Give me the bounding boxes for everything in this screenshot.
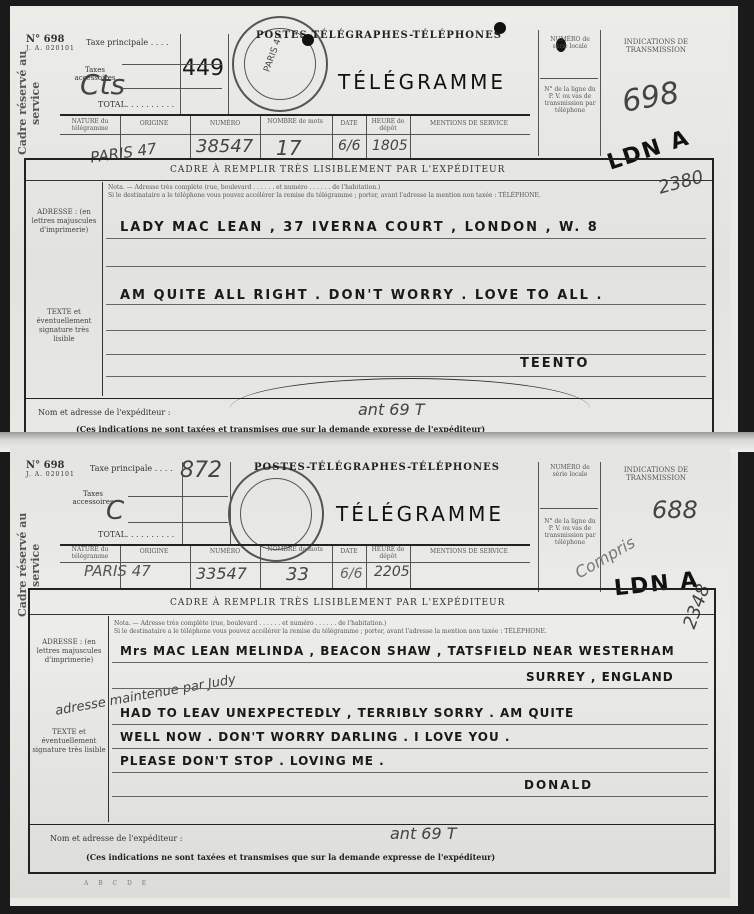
col-mentions-label: MENTIONS DE SERVICE xyxy=(414,120,524,127)
telegramme-title: TÉLÉGRAMME xyxy=(336,502,504,526)
telegramme-title: TÉLÉGRAMME xyxy=(338,70,506,94)
taxe-principale-value: 872 xyxy=(180,458,222,483)
form-number: N° 698J. A. 020101 xyxy=(26,34,75,52)
cadre-instruction: CADRE À REMPLIR TRÈS LISIBLEMENT PAR L'E… xyxy=(170,598,505,608)
col-origine-label: ORIGINE xyxy=(122,120,186,127)
col-date-label: DATE xyxy=(334,120,364,127)
sender-label: Nom et adresse de l'expéditeur : xyxy=(50,834,182,843)
col-heure-label: HEURE de dépôt xyxy=(368,118,408,132)
message-line-2: WELL NOW . DON'T WORRY DARLING . I LOVE … xyxy=(120,730,510,744)
col-heure-label: HEURE de dépôt xyxy=(368,546,408,560)
recipient-address-line-2: SURREY , ENGLAND xyxy=(526,670,674,684)
recipient-address: LADY MAC LEAN , 37 IVERNA COURT , LONDON… xyxy=(120,220,599,235)
date-value: 6/6 xyxy=(338,138,361,154)
footer-code: A B C D E xyxy=(84,880,150,887)
total-label: TOTAL. . . . . . . . . . xyxy=(98,530,174,539)
col-mentions-label: MENTIONS DE SERVICE xyxy=(414,548,524,555)
numero-value: 33547 xyxy=(196,564,247,583)
col-date-label: DATE xyxy=(334,548,364,555)
sender-value: ant 69 T xyxy=(358,400,425,419)
signature: DONALD xyxy=(524,778,593,792)
serie-label: NUMÉRO de série locale xyxy=(542,464,598,478)
ligne-label: N° de la ligne du P. V. ou vas de transm… xyxy=(542,86,598,114)
punch-hole xyxy=(302,34,314,46)
nombre-value: 17 xyxy=(276,136,301,160)
heure-value: 2205 xyxy=(374,564,410,580)
disclaimer: (Ces indications ne sont taxées et trans… xyxy=(86,852,495,862)
nota-line-2: Si le destinataire a le téléphone vous p… xyxy=(108,192,541,200)
total-handwritten-mark: C xyxy=(106,496,124,526)
telegram-form-1: Cadre réservé au service N° 698J. A. 020… xyxy=(10,8,730,438)
telegram-form-2: Cadre réservé au service N° 698J. A. 020… xyxy=(10,448,730,898)
transmission-label: INDICATIONS DE TRANSMISSION xyxy=(606,38,706,54)
transmission-value: 688 xyxy=(652,496,698,524)
col-nature-label: NATURE du télégramme xyxy=(62,118,118,132)
col-nombre-label: NOMBRE de mots xyxy=(262,546,328,553)
postes-header: POSTES-TÉLÉGRAPHES-TÉLÉPHONES xyxy=(254,462,500,473)
ligne-label: N° de la ligne du P. V. ou vas de transm… xyxy=(542,518,598,546)
postes-header: POSTES-TÉLÉGRAPHES-TÉLÉPHONES xyxy=(256,30,502,41)
adresse-label: ADRESSE : (en lettres majuscules d'impri… xyxy=(28,208,100,235)
texte-label: TEXTE et éventuellement signature très l… xyxy=(28,308,100,344)
nota-line-2: Si le destinataire a le téléphone vous p… xyxy=(114,628,547,636)
sender-label: Nom et adresse de l'expéditeur : xyxy=(38,408,170,417)
adresse-label: ADRESSE : (en lettres majuscules d'impri… xyxy=(32,638,106,665)
taxe-principale-value: 449 xyxy=(182,56,224,81)
recipient-address-line-1: Mrs MAC LEAN MELINDA , BEACON SHAW , TAT… xyxy=(120,644,675,658)
transmission-label: INDICATIONS DE TRANSMISSION xyxy=(606,466,706,482)
texte-label: TEXTE et éventuellement signature très l… xyxy=(32,728,106,755)
numero-value: 38547 xyxy=(196,136,253,157)
punch-hole xyxy=(494,22,506,34)
message-line-3: PLEASE DON'T STOP . LOVING ME . xyxy=(120,754,385,768)
col-nature-label: NATURE du télégramme xyxy=(62,546,118,560)
total-handwritten-mark: Cts xyxy=(80,68,125,101)
col-numero-label: NUMÉRO xyxy=(192,120,258,127)
taxe-principale-label: Taxe principale . . . . xyxy=(90,464,173,473)
date-value: 6/6 xyxy=(340,566,363,582)
col-nombre-label: NOMBRE de mots xyxy=(262,118,328,125)
service-side-label: Cadre réservé au service xyxy=(16,38,42,168)
message-text: AM QUITE ALL RIGHT . DON'T WORRY . LOVE … xyxy=(120,288,603,303)
origine-value: PARIS 47 xyxy=(84,562,151,580)
nombre-value: 33 xyxy=(286,564,309,585)
sender-value: ant 69 T xyxy=(390,824,457,843)
signature: TEENTO xyxy=(520,356,589,371)
total-label: TOTAL. . . . . . . . . . xyxy=(98,100,174,109)
nota-line-1: Nota. — Adresse très complète (rue, boul… xyxy=(108,184,380,192)
form-number: N° 698J. A. 020101 xyxy=(26,460,75,478)
serie-label: NUMÉRO de série locale xyxy=(542,36,598,50)
heure-value: 1805 xyxy=(372,138,408,154)
taxe-principale-label: Taxe principale . . . . xyxy=(86,38,169,47)
transmission-value: 698 xyxy=(619,75,681,119)
cadre-instruction: CADRE À REMPLIR TRÈS LISIBLEMENT PAR L'E… xyxy=(170,165,505,175)
message-line-1: HAD TO LEAV UNEXPECTEDLY , TERRIBLY SORR… xyxy=(120,706,574,720)
col-origine-label: ORIGINE xyxy=(122,548,186,555)
col-numero-label: NUMÉRO xyxy=(192,548,258,555)
nota-line-1: Nota. — Adresse très complète (rue, boul… xyxy=(114,620,386,628)
